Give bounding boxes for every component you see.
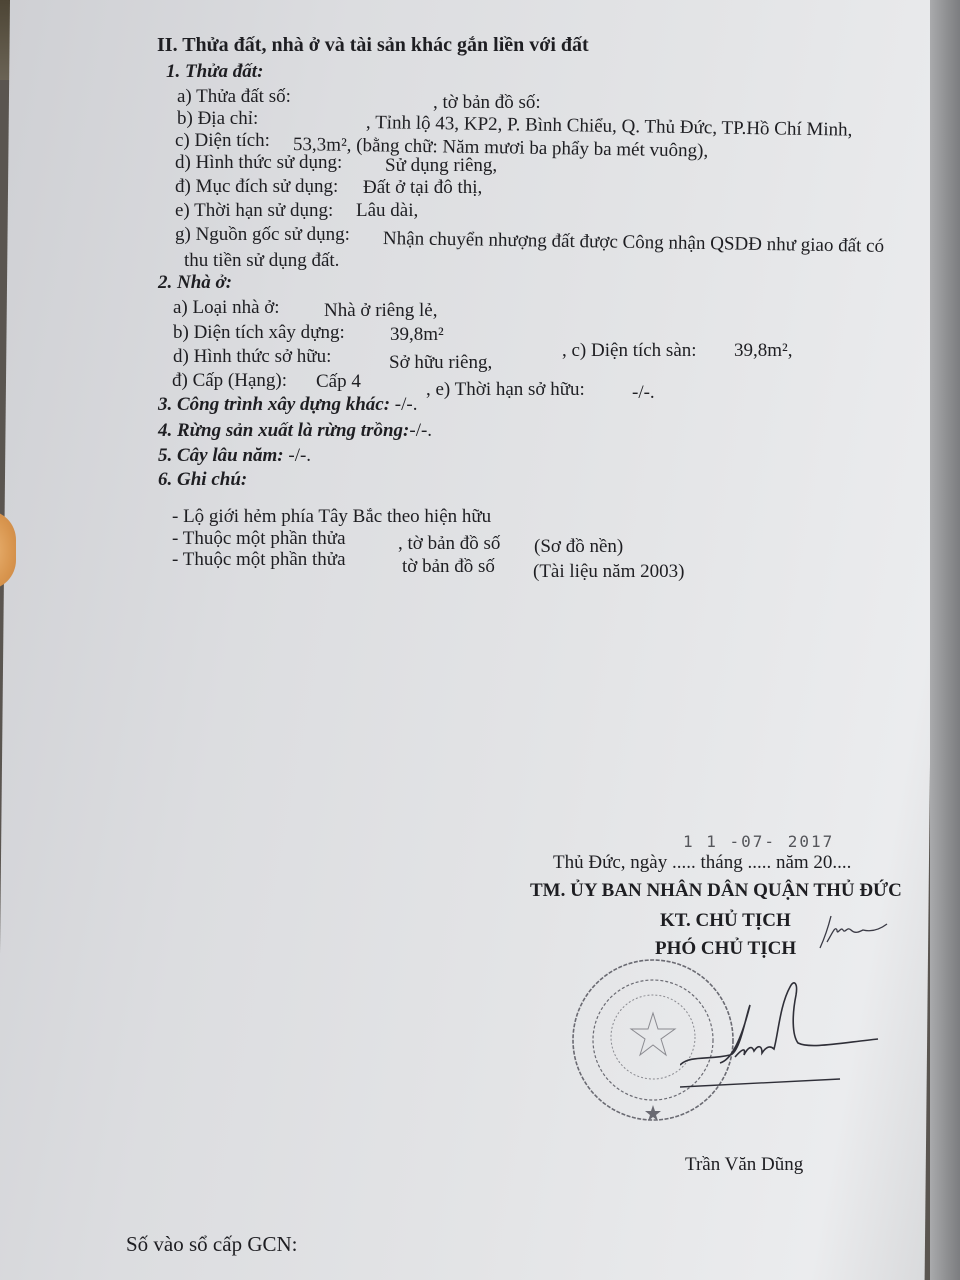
house-grade-value: Cấp 4 xyxy=(316,371,361,393)
land-term-label: e) Thời hạn sử dụng: xyxy=(175,200,333,222)
land-heading: 1. Thửa đất: xyxy=(166,61,263,83)
house-type-label: a) Loại nhà ở: xyxy=(173,297,280,319)
initial-signature-icon xyxy=(815,912,895,952)
house-term-value: -/-. xyxy=(632,382,655,404)
other-construction: 3. Công trình xây dựng khác: -/-. xyxy=(158,394,417,416)
land-origin-value-2: thu tiền sử dụng đất. xyxy=(184,250,339,272)
house-type-value: Nhà ở riêng lẻ, xyxy=(324,300,437,322)
note-tag: (Tài liệu năm 2003) xyxy=(533,561,684,583)
house-term-label: , e) Thời hạn sở hữu: xyxy=(426,379,585,401)
main-signature-icon xyxy=(680,975,880,1095)
signer-name: Trần Văn Dũng xyxy=(685,1154,803,1176)
note-map: tờ bản đồ số xyxy=(402,556,495,578)
land-use-form-label: d) Hình thức sử dụng: xyxy=(175,152,342,174)
land-purpose-value: Đất ở tại đô thị, xyxy=(363,177,482,199)
date-stamp: 1 1 -07- 2017 xyxy=(683,832,834,851)
land-use-form-value: Sử dụng riêng, xyxy=(385,155,497,177)
signing-org: TM. ỦY BAN NHÂN DÂN QUẬN THỦ ĐỨC xyxy=(530,880,902,902)
house-ownership-value: Sở hữu riêng, xyxy=(389,352,492,374)
house-heading: 2. Nhà ở: xyxy=(158,272,232,294)
land-address-label: b) Địa chỉ: xyxy=(177,108,258,130)
house-floor-area-label: , c) Diện tích sàn: xyxy=(562,340,697,362)
other-forest-label: 4. Rừng sản xuất là rừng trồng: xyxy=(158,420,409,441)
land-area-label: c) Diện tích: xyxy=(175,130,270,152)
land-parcel-label: a) Thửa đất số: xyxy=(177,86,291,108)
signing-role-1: KT. CHỦ TỊCH xyxy=(660,910,791,932)
land-origin-label: g) Nguồn gốc sử dụng: xyxy=(175,224,350,246)
document-content: II. Thửa đất, nhà ở và tài sản khác gắn … xyxy=(0,0,960,1280)
notes-heading: 6. Ghi chú: xyxy=(158,469,247,491)
note-map: , tờ bản đồ số xyxy=(398,533,500,555)
other-construction-value: -/-. xyxy=(395,394,418,415)
house-ownership-label: d) Hình thức sở hữu: xyxy=(173,346,331,368)
land-purpose-label: đ) Mục đích sử dụng: xyxy=(175,176,338,198)
note-item: - Thuộc một phần thửa xyxy=(172,549,346,571)
note-item: - Thuộc một phần thửa xyxy=(172,528,346,550)
other-perennial-label: 5. Cây lâu năm: xyxy=(158,445,284,466)
house-floor-area-value: 39,8m², xyxy=(734,340,792,362)
place-date: Thủ Đức, ngày ..... tháng ..... năm 20..… xyxy=(553,852,851,874)
other-forest-value: -/-. xyxy=(409,420,432,441)
land-origin-value-1: Nhận chuyển nhượng đất được Công nhận QS… xyxy=(383,228,884,258)
house-grade-label: đ) Cấp (Hạng): xyxy=(172,370,287,392)
note-item: - Lộ giới hẻm phía Tây Bắc theo hiện hữu xyxy=(172,506,491,528)
house-build-area-value: 39,8m² xyxy=(390,324,444,346)
other-forest: 4. Rừng sản xuất là rừng trồng:-/-. xyxy=(158,420,432,442)
land-map-label: , tờ bản đồ số: xyxy=(433,92,541,114)
house-build-area-label: b) Diện tích xây dựng: xyxy=(173,322,345,344)
register-number-label: Số vào sổ cấp GCN: xyxy=(126,1233,298,1255)
land-term-value: Lâu dài, xyxy=(356,200,418,222)
section-heading: II. Thửa đất, nhà ở và tài sản khác gắn … xyxy=(157,34,589,56)
other-construction-label: 3. Công trình xây dựng khác: xyxy=(158,394,390,415)
note-tag: (Sơ đồ nền) xyxy=(534,536,623,558)
other-perennial: 5. Cây lâu năm: -/-. xyxy=(158,445,311,467)
other-perennial-value: -/-. xyxy=(288,445,311,466)
